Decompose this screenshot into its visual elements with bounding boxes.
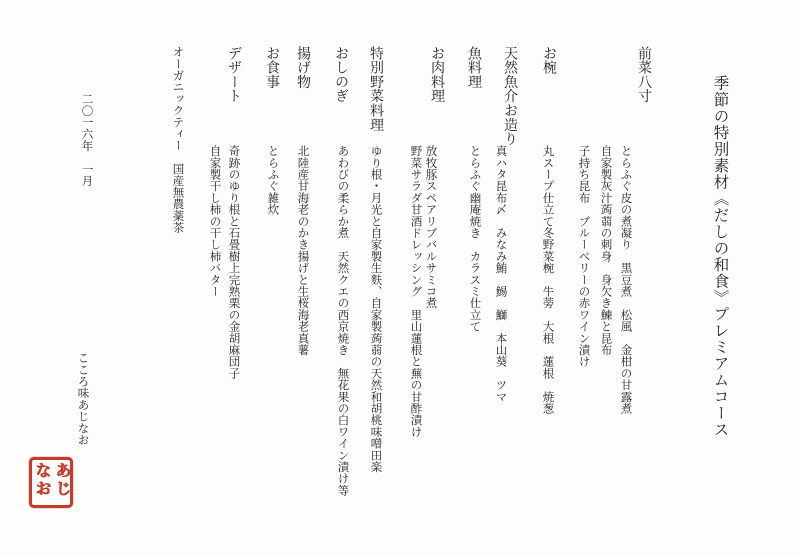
- section-header-oshinogi: おしのぎ: [333, 46, 347, 103]
- menu-item-oshokuji: とらふぐ雑炊: [266, 145, 278, 215]
- section-header-zensai: 前菜八寸: [636, 46, 650, 103]
- seal-text-left: なお: [33, 462, 49, 503]
- seal-text-right: あじ: [53, 462, 69, 503]
- section-header-agemono: 揚げ物: [295, 46, 309, 89]
- menu-item-owan: 丸スープ仕立て冬野菜椀 牛蒡 大根 蓮根 焼葱: [541, 145, 553, 414]
- section-header-owan: お椀: [541, 46, 555, 75]
- menu-item-zensai-1: とらふぐ皮の煮凝り 黒豆煮 松風 金柑の甘露煮: [619, 145, 631, 414]
- menu-item-oniku-2: 野菜サラダ甘酒ドレッシング 里山蓮根と蕪の甘酢漬け: [409, 145, 421, 438]
- section-header-oshokuji: お食事: [264, 46, 278, 89]
- menu-title: 季節の特別素材《だしの和食》プレミアムコース: [712, 75, 728, 438]
- beverage-line: オーガニックティー 国産無農薬茶: [171, 46, 183, 233]
- restaurant-signature: こころ味あじなお: [76, 352, 88, 446]
- menu-page: 季節の特別素材《だしの和食》プレミアムコース 前菜八寸 お椀 天然魚介お造り 魚…: [0, 0, 800, 556]
- menu-item-agemono: 北陸産甘海老のかき揚げと生桜海老真薯: [296, 145, 308, 356]
- menu-item-otsukuri: 真ハタ昆布〆 みなみ鮪 鯣 鰤 本山葵 ツマ: [494, 145, 506, 402]
- section-header-oniku: お肉料理: [429, 46, 443, 103]
- menu-item-zensai-3: 子持ち昆布 ブルーベリーの赤ワイン漬け: [577, 145, 589, 367]
- section-header-dessert: デザート: [226, 46, 240, 103]
- restaurant-seal: あじ なお: [29, 457, 73, 508]
- menu-item-dessert-2: 自家製干し柿の干し柿バター: [208, 145, 220, 297]
- section-header-yasai: 特別野菜料理: [368, 46, 382, 132]
- menu-item-zensai-2: 自家製灰汁蒟蒻の刺身 身欠き鰊と昆布: [599, 145, 611, 356]
- menu-date: 二〇一六年 一月: [80, 93, 92, 187]
- menu-item-yasai: ゆり根・月光と自家製生麩、自家製蒟蒻の天然和胡桃味噌田楽: [369, 145, 381, 473]
- menu-item-sakana: とらふぐ幽庵焼き カラスミ仕立て: [468, 145, 480, 332]
- menu-item-oniku-1: 放牧豚スペアリブバルサミコ煮: [424, 145, 436, 309]
- menu-item-dessert-1: 奇跡のゆり根と石畳樹上完熟栗の金胡麻団子: [227, 145, 239, 379]
- section-header-sakana: 魚料理: [466, 46, 480, 89]
- section-header-otsukuri: 天然魚介お造り: [502, 46, 516, 146]
- menu-item-oshinogi: あわびの柔らか煮 天然クエの西京焼き 無花果の白ワイン漬け等: [336, 145, 348, 496]
